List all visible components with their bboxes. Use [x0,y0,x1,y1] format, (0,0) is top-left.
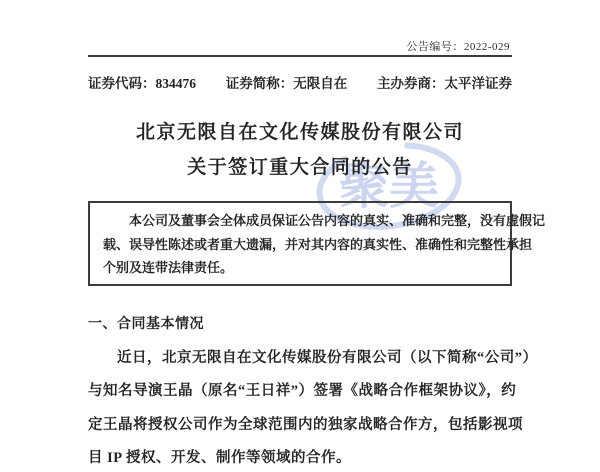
announcement-number: 公告编号：2022-029 [88,41,512,54]
disclaimer-line: 本公司及董事会全体成员保证公告内容的真实、准确和完整，没有虚假记 [103,209,497,233]
paragraph-line: 与知名导演王晶（原名“王日祥”）签署《战略合作框架协议》，约 [88,375,512,409]
sponsor-broker: 主办券商：太平洋证券 [377,75,512,93]
body-paragraph: 近日，北京无限自在文化传媒股份有限公司（以下简称“公司”） 与知名导演王晶（原名… [88,342,512,472]
paragraph-line: 目 IP 授权、开发、制作等领域的合作。 [88,442,512,472]
document-title-line1: 北京无限自在文化传媒股份有限公司 [88,121,512,145]
securities-info-row: 证券代码：834476 证券简称：无限自在 主办券商：太平洋证券 [88,75,512,93]
stock-code: 证券代码：834476 [88,75,196,93]
paragraph-line: 定王晶将授权公司作为全球范围内的独家战略合作方，包括影视项 [88,409,512,443]
paragraph-line: 近日，北京无限自在文化传媒股份有限公司（以下简称“公司”） [88,342,512,376]
disclaimer-box: 本公司及董事会全体成员保证公告内容的真实、准确和完整，没有虚假记 载、误导性陈述… [88,201,512,286]
section-heading: 一、合同基本情况 [88,315,512,334]
stock-abbreviation: 证券简称：无限自在 [226,75,348,93]
disclaimer-line: 个别及连带法律责任。 [103,256,497,280]
announcement-document: 聚美 公告编号：2022-029 证券代码：834476 证券简称：无限自在 主… [0,0,600,472]
document-content: 公告编号：2022-029 证券代码：834476 证券简称：无限自在 主办券商… [88,0,512,472]
header-divider-line [88,55,512,57]
document-title-line2: 关于签订重大合同的公告 [88,156,512,180]
disclaimer-line: 载、误导性陈述或者重大遗漏，并对其内容的真实性、准确性和完整性承担 [103,233,497,257]
